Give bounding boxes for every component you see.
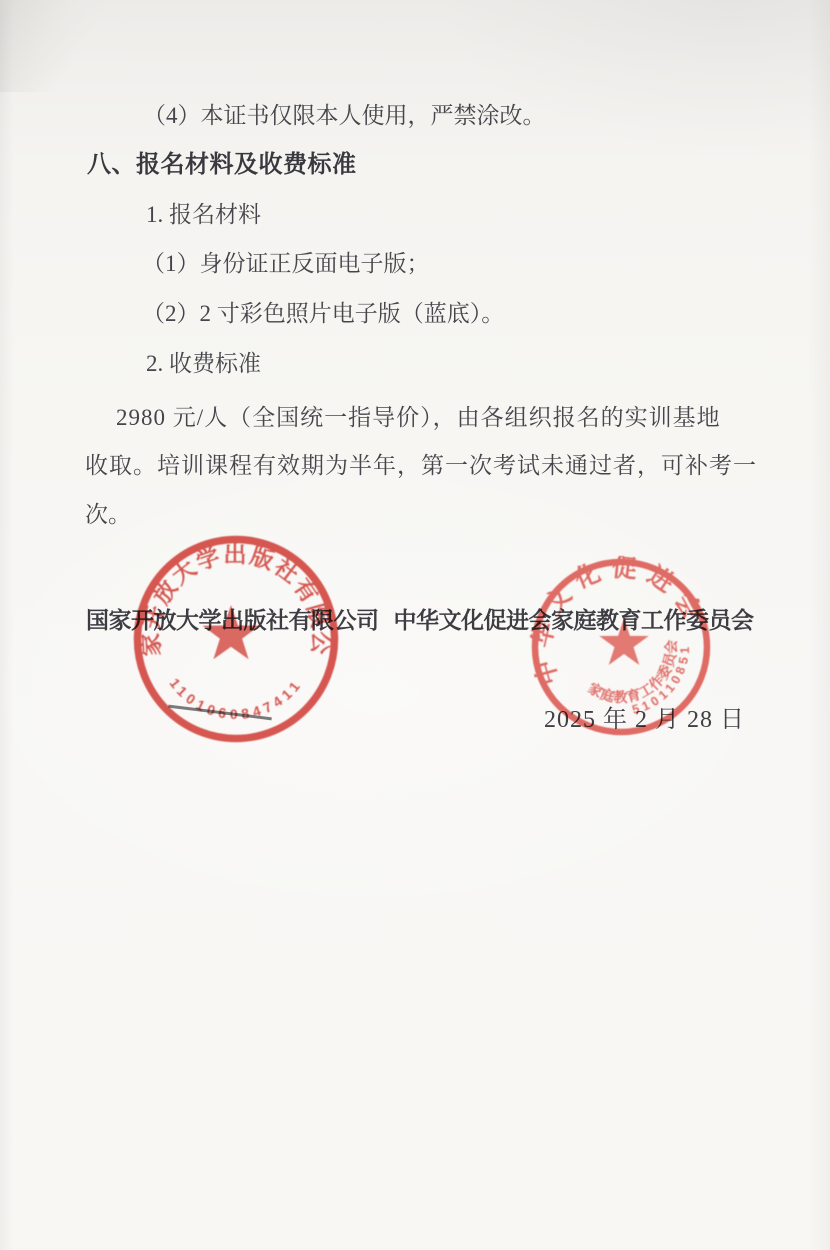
page-left-shadow <box>0 0 14 1250</box>
page-right-shadow <box>808 0 830 1250</box>
text-line: （2）2 寸彩色照片电子版（蓝底）。 <box>142 299 504 329</box>
left-stamp-star-icon <box>203 605 260 659</box>
text-line: 2980 元/人（全国统一指导价），由各组织报名的实训基地 <box>116 403 721 433</box>
document-page: （4）本证书仅限本人使用，严禁涂改。 八、报名材料及收费标准 1. 报名材料 （… <box>0 0 830 1250</box>
right-stamp-star-icon <box>599 618 648 665</box>
left-stamp-seal-icon: 国家开放大学出版社有限公司 1101060847411 <box>133 535 339 743</box>
text-line: 2. 收费标准 <box>146 349 261 379</box>
section-heading: 八、报名材料及收费标准 <box>87 150 357 180</box>
text-line: （4）本证书仅限本人使用，严禁涂改。 <box>143 101 546 131</box>
right-stamp-seal-icon: 中华文化促进会 家庭教育工作委员会 510110851 <box>528 556 714 738</box>
text-line: 1. 报名材料 <box>146 200 261 230</box>
text-line: （1）身份证正反面电子版； <box>142 249 430 279</box>
page-corner-crease <box>0 0 130 92</box>
text-line: 次。 <box>85 500 131 530</box>
text-line: 收取。培训课程有效期为半年，第一次考试未通过者，可补考一 <box>85 451 757 481</box>
left-stamp-number: 1101060847411 <box>167 675 306 722</box>
